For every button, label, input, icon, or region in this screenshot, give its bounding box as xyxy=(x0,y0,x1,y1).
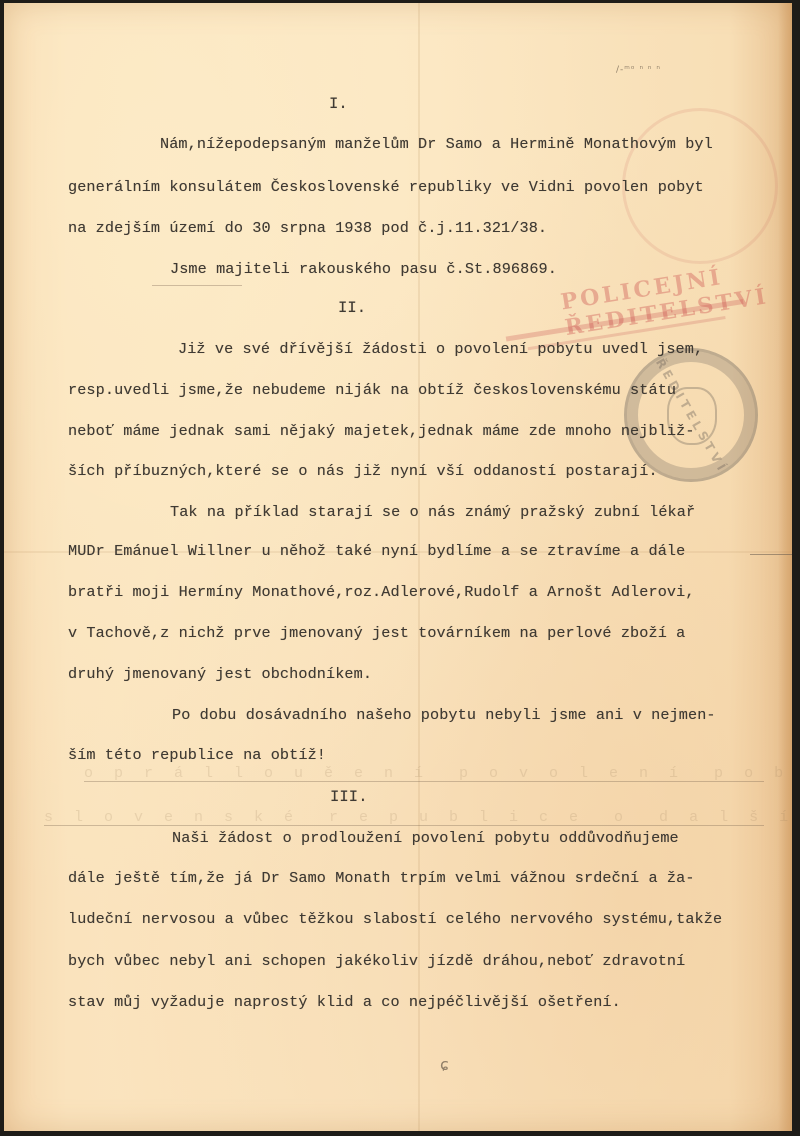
text-line: Naši žádost o prodloužení povolení pobyt… xyxy=(172,829,679,847)
document-page: POLICEJNÍ ŘEDITELSTVÍ ŘEDITELSTVÍ /-ᵐᵒ ⁿ… xyxy=(4,3,792,1131)
ink-blot-mark: ɕ xyxy=(440,1055,450,1074)
text-line: Jsme majiteli rakouského pasu č.St.89686… xyxy=(170,260,557,278)
text-line: Po dobu dosávadního našeho pobytu nebyli… xyxy=(172,706,716,724)
text-line: druhý jmenovaný jest obchodníkem. xyxy=(68,665,372,683)
text-line: generálním konsulátem Československé rep… xyxy=(68,178,704,196)
section-heading-ii: II. xyxy=(338,299,366,317)
text-line: MUDr Emánuel Willner u něhož také nyní b… xyxy=(68,542,685,560)
text-line: Nám,nížepodepsaným manželům Dr Samo a He… xyxy=(160,135,713,153)
text-line: na zdejším území do 30 srpna 1938 pod č.… xyxy=(68,219,547,237)
text-line: ludeční nervosou a vůbec těžkou slabostí… xyxy=(68,910,722,928)
text-line: dále ještě tím,že já Dr Samo Monath trpí… xyxy=(68,869,695,887)
text-line: stav můj vyžaduje naprostý klid a co nej… xyxy=(68,993,621,1011)
text-line: Tak na příklad starají se o nás známý pr… xyxy=(170,503,695,521)
text-line: bratři moji Hermíny Monathové,roz.Adlero… xyxy=(68,583,695,601)
typed-text-body: I. Nám,nížepodepsaným manželům Dr Samo a… xyxy=(4,3,792,1131)
text-line: v Tachově,z nichž prve jmenovaný jest to… xyxy=(68,624,685,642)
section-heading-i: I. xyxy=(329,95,348,113)
text-line: resp.uvedli jsme,že nebudeme niják na ob… xyxy=(68,381,676,399)
text-line: Již ve své dřívější žádosti o povolení p… xyxy=(178,340,703,358)
text-line: ším této republice na obtíž! xyxy=(68,746,326,764)
text-line: bych vůbec nebyl ani schopen jakékoliv j… xyxy=(68,952,685,970)
section-heading-iii: III. xyxy=(330,788,368,806)
text-line: neboť máme jednak sami nějaký majetek,je… xyxy=(68,422,695,440)
text-line: ších příbuzných,které se o nás již nyní … xyxy=(68,462,658,480)
